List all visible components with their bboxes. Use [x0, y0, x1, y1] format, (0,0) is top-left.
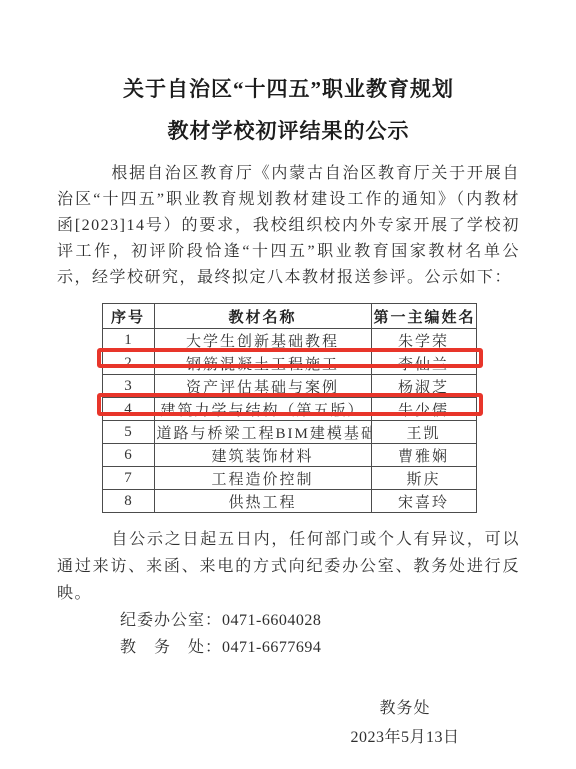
cell-no: 7 — [102, 467, 154, 490]
table-row: 7 工程造价控制 斯庆 — [102, 467, 476, 490]
textbook-table-wrapper: 序号 教材名称 第一主编姓名 1 大学生创新基础教程 朱学荣 2 钢筋混凝土工程… — [102, 303, 476, 513]
cell-no: 3 — [102, 375, 154, 398]
table-row: 3 资产评估基础与案例 杨淑芝 — [102, 375, 476, 398]
cell-name: 道路与桥梁工程BIM建模基础 — [154, 421, 371, 444]
table-row-highlighted: 2 钢筋混凝土工程施工 李仙兰 — [102, 352, 476, 375]
page-title-line1: 关于自治区“十四五”职业教育规划 — [57, 68, 520, 110]
cell-name: 建筑装饰材料 — [154, 444, 371, 467]
closing-paragraph: 自公示之日起五日内，任何部门或个人有异议，可以通过来访、来函、来电的方式向纪委办… — [57, 526, 520, 607]
cell-name: 资产评估基础与案例 — [154, 375, 371, 398]
notice-page: 关于自治区“十四五”职业教育规划 教材学校初评结果的公示 根据自治区教育厅《内蒙… — [0, 0, 576, 769]
cell-editor: 李仙兰 — [371, 352, 476, 375]
cell-editor: 牛少儒 — [371, 398, 476, 421]
signature-date: 2023年5月13日 — [340, 728, 470, 748]
col-header-editor: 第一主编姓名 — [371, 304, 476, 329]
col-header-name: 教材名称 — [154, 304, 371, 329]
cell-no: 6 — [102, 444, 154, 467]
contact-line-academic-office: 教 务 处：0471-6677694 — [57, 634, 520, 661]
cell-no: 5 — [102, 421, 154, 444]
intro-paragraph: 根据自治区教育厅《内蒙古自治区教育厅关于开展自治区“十四五”职业教育规划教材建设… — [57, 161, 520, 291]
cell-name: 工程造价控制 — [154, 467, 371, 490]
signature-department: 教务处 — [340, 699, 470, 719]
table-row: 5 道路与桥梁工程BIM建模基础 王凯 — [102, 421, 476, 444]
cell-editor: 宋喜玲 — [371, 490, 476, 513]
cell-name: 建筑力学与结构（第五版） — [154, 398, 371, 421]
cell-name: 供热工程 — [154, 490, 371, 513]
table-row: 1 大学生创新基础教程 朱学荣 — [102, 329, 476, 352]
cell-editor: 朱学荣 — [371, 329, 476, 352]
table-row: 6 建筑装饰材料 曹雅娴 — [102, 444, 476, 467]
cell-no: 4 — [102, 398, 154, 421]
cell-editor: 斯庆 — [371, 467, 476, 490]
contact-phone: 0471-6677694 — [222, 639, 321, 656]
cell-name: 大学生创新基础教程 — [154, 329, 371, 352]
textbook-table: 序号 教材名称 第一主编姓名 1 大学生创新基础教程 朱学荣 2 钢筋混凝土工程… — [102, 303, 477, 513]
cell-editor: 王凯 — [371, 421, 476, 444]
contact-label: 纪委办公室： — [120, 612, 222, 629]
contact-phone: 0471-6604028 — [222, 612, 321, 629]
cell-editor: 杨淑芝 — [371, 375, 476, 398]
cell-no: 2 — [102, 352, 154, 375]
page-title-line2: 教材学校初评结果的公示 — [57, 110, 520, 152]
table-header-row: 序号 教材名称 第一主编姓名 — [102, 304, 476, 329]
cell-no: 1 — [102, 329, 154, 352]
col-header-no: 序号 — [102, 304, 154, 329]
table-row: 8 供热工程 宋喜玲 — [102, 490, 476, 513]
cell-name: 钢筋混凝土工程施工 — [154, 352, 371, 375]
signature-block: 教务处 2023年5月13日 — [340, 699, 470, 748]
cell-editor: 曹雅娴 — [371, 444, 476, 467]
contact-label: 教 务 处： — [120, 639, 222, 656]
cell-no: 8 — [102, 490, 154, 513]
contact-line-discipline-office: 纪委办公室：0471-6604028 — [57, 607, 520, 634]
table-row-highlighted: 4 建筑力学与结构（第五版） 牛少儒 — [102, 398, 476, 421]
